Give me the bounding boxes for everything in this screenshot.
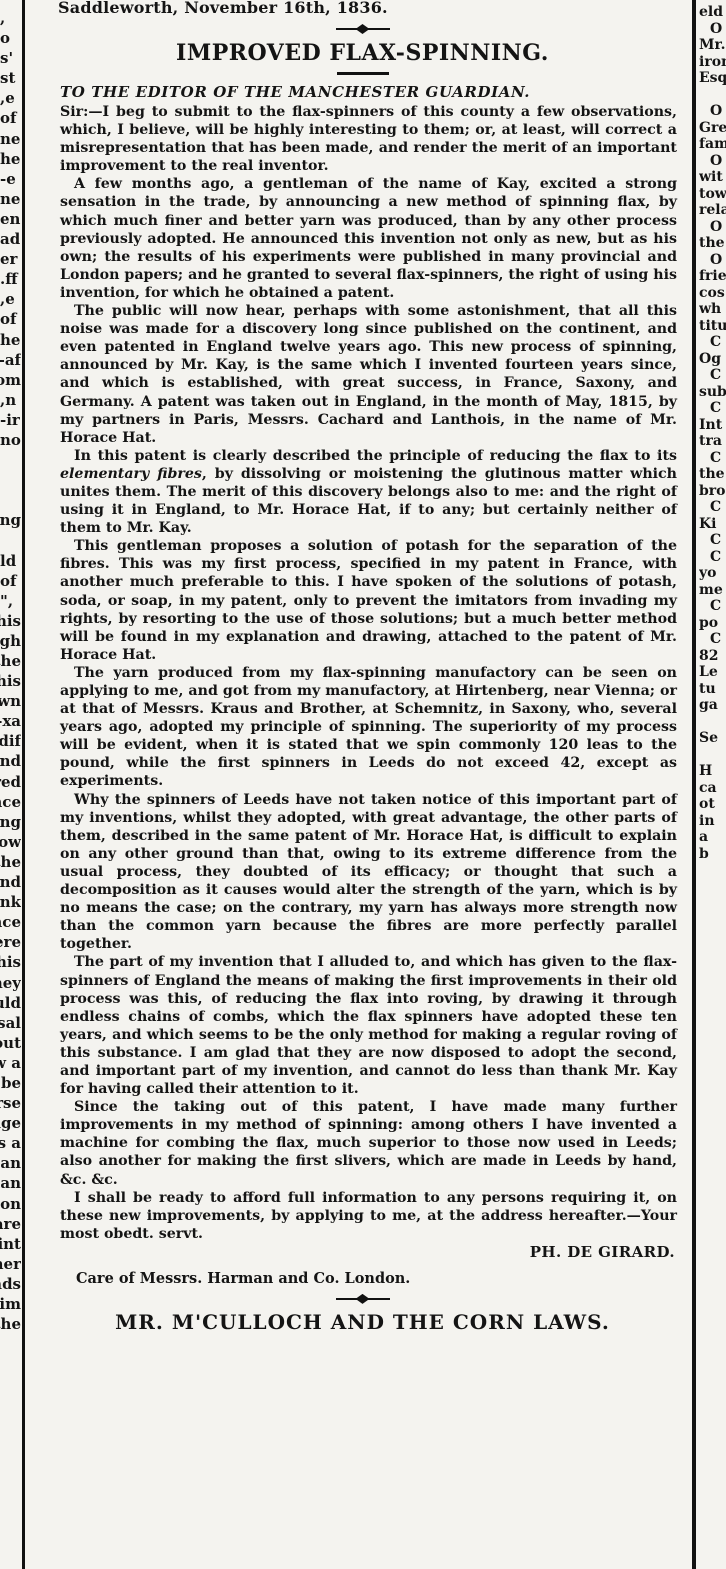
- left-fragment-line: e,: [0, 88, 21, 108]
- right-fragment-line: Gre: [699, 120, 726, 137]
- left-fragment-line: im.": [0, 1294, 21, 1314]
- paragraph-1: Sir:—I beg to submit to the flax-spinner…: [60, 103, 677, 175]
- right-fragment-line: [699, 87, 726, 104]
- left-fragment-line: osal: [0, 1013, 21, 1033]
- left-fragment-line: the: [0, 852, 21, 872]
- left-fragment-line: ow-: [0, 832, 21, 852]
- paragraph-6: The yarn produced from my flax-spinning …: [60, 664, 677, 791]
- paragraph-2: A few months ago, a gentleman of the nam…: [60, 175, 677, 302]
- right-fragment-line: ga: [699, 697, 726, 714]
- left-fragment-line: no: [0, 430, 21, 450]
- left-fragment-line: of: [0, 571, 21, 591]
- right-fragment-line: tu: [699, 681, 726, 698]
- right-fragment-line: Esq.: [699, 70, 726, 87]
- right-fragment-line: Ki: [699, 516, 726, 533]
- left-fragment-line: [0, 470, 21, 490]
- right-fragment-line: ca: [699, 780, 726, 797]
- left-fragment-line: 's: [0, 48, 21, 68]
- left-fragment-line: his: [0, 611, 21, 631]
- left-fragment-line: ould: [0, 993, 21, 1013]
- right-fragment-line: eld: [699, 4, 726, 21]
- left-column-fragments: ,o'sste,ofnehee-neenaderff.e,ofheaf-omn,…: [0, 0, 21, 1569]
- right-fragment-line: yo: [699, 565, 726, 582]
- left-fragment-line: ink: [0, 892, 21, 912]
- letter-signature: PH. DE GIRARD.: [40, 1243, 685, 1261]
- left-fragment-line: is a: [0, 1133, 21, 1153]
- left-fragment-line: n,: [0, 390, 21, 410]
- right-fragment-line: cos: [699, 285, 726, 302]
- right-fragment-line: Se: [699, 730, 726, 747]
- left-fragment-line: nce,: [0, 792, 21, 812]
- left-fragment-line: oner,: [0, 1254, 21, 1274]
- left-fragment-line: ands: [0, 1274, 21, 1294]
- short-rule-icon: [337, 72, 389, 75]
- left-fragment-line: he: [0, 149, 21, 169]
- left-fragment-line: o: [0, 28, 21, 48]
- left-fragment-line: hey: [0, 973, 21, 993]
- left-fragment-line: ne: [0, 189, 21, 209]
- left-fragment-line: oint-: [0, 1234, 21, 1254]
- letter-address: Care of Messrs. Harman and Co. London.: [40, 1270, 685, 1287]
- right-fragment-line: titu: [699, 318, 726, 335]
- right-fragment-line: po: [699, 615, 726, 632]
- right-fragment-line: C: [699, 450, 726, 467]
- left-fragment-line: wn: [0, 691, 21, 711]
- right-fragment-line: O: [699, 153, 726, 170]
- right-fragment-line: Int: [699, 417, 726, 434]
- right-fragment-line: [699, 747, 726, 764]
- left-fragment-line: e,: [0, 289, 21, 309]
- left-fragment-line: ir-: [0, 410, 21, 430]
- paragraph-10: I shall be ready to afford full informat…: [60, 1189, 677, 1243]
- previous-article-dateline: Saddleworth, November 16th, 1836.: [40, 0, 685, 17]
- article-body: Sir:—I beg to submit to the flax-spinner…: [40, 103, 685, 1243]
- left-fragment-line: w a: [0, 1053, 21, 1073]
- left-fragment-line: ,: [0, 8, 21, 28]
- left-fragment-line: [0, 450, 21, 470]
- right-fragment-line: O: [699, 219, 726, 236]
- right-fragment-line: wh: [699, 301, 726, 318]
- left-fragment-line: out: [0, 1033, 21, 1053]
- left-fragment-line: d be: [0, 1073, 21, 1093]
- right-fragment-line: tow: [699, 186, 726, 203]
- left-fragment-line: om: [0, 370, 21, 390]
- left-fragment-line: er: [0, 249, 21, 269]
- right-fragment-line: C: [699, 499, 726, 516]
- right-fragment-line: C: [699, 400, 726, 417]
- left-fragment-line: y are: [0, 1214, 21, 1234]
- article-column: Saddleworth, November 16th, 1836. IMPROV…: [40, 0, 685, 1334]
- left-fragment-line: of: [0, 108, 21, 128]
- left-fragment-line: and: [0, 872, 21, 892]
- column-rule-left: [22, 0, 25, 1569]
- right-fragment-line: [699, 714, 726, 731]
- right-fragment-line: Le: [699, 664, 726, 681]
- right-fragment-line: rela: [699, 202, 726, 219]
- left-fragment-line: he: [0, 330, 21, 350]
- right-fragment-line: C: [699, 549, 726, 566]
- left-fragment-line: arse;: [0, 1093, 21, 1113]
- right-fragment-line: Og: [699, 351, 726, 368]
- left-fragment-line: gh-: [0, 631, 21, 651]
- left-fragment-line: nd,: [0, 751, 21, 771]
- article-headline: IMPROVED FLAX-SPINNING.: [40, 40, 685, 66]
- left-fragment-line: this: [0, 952, 21, 972]
- left-fragment-line: ad: [0, 229, 21, 249]
- next-article-headline: MR. M'CULLOCH AND THE CORN LAWS.: [40, 1310, 685, 1334]
- left-fragment-line: ne: [0, 129, 21, 149]
- diamond-rule-ornament-icon: [336, 24, 390, 34]
- left-fragment-line: ,": [0, 591, 21, 611]
- right-fragment-line: frie: [699, 268, 726, 285]
- left-fragment-line: ff.: [0, 269, 21, 289]
- right-fragment-line: O: [699, 252, 726, 269]
- left-fragment-line: nce: [0, 912, 21, 932]
- left-fragment-line: e-: [0, 169, 21, 189]
- right-fragment-line: O: [699, 103, 726, 120]
- left-fragment-line: ld: [0, 551, 21, 571]
- diamond-rule-ornament-icon: [336, 1294, 390, 1304]
- right-fragment-line: C: [699, 598, 726, 615]
- left-fragment-line: tion,: [0, 1194, 21, 1214]
- right-fragment-line: 82: [699, 648, 726, 665]
- left-fragment-line: en: [0, 209, 21, 229]
- left-fragment-line: [0, 530, 21, 550]
- left-fragment-line: red: [0, 772, 21, 792]
- paragraph-3: The public will now hear, perhaps with s…: [60, 302, 677, 447]
- right-fragment-line: iron: [699, 54, 726, 71]
- left-fragment-line: idge: [0, 1113, 21, 1133]
- left-fragment-line: were: [0, 932, 21, 952]
- right-fragment-line: C: [699, 532, 726, 549]
- right-fragment-line: wit: [699, 169, 726, 186]
- left-fragment-line: t the: [0, 1314, 21, 1334]
- paragraph-8: The part of my invention that I alluded …: [60, 953, 677, 1098]
- right-fragment-line: tra: [699, 433, 726, 450]
- left-fragment-line: xa-: [0, 711, 21, 731]
- left-fragment-line: ng: [0, 510, 21, 530]
- left-fragment-line: of: [0, 309, 21, 329]
- right-fragment-line: sub: [699, 384, 726, 401]
- right-fragment-line: Mr.: [699, 37, 726, 54]
- left-fragment-line: dif-: [0, 731, 21, 751]
- left-fragment-line: ing: [0, 812, 21, 832]
- editor-salutation: TO THE EDITOR OF THE MANCHESTER GUARDIAN…: [40, 83, 685, 101]
- right-fragment-line: H: [699, 763, 726, 780]
- left-fragment-line: man: [0, 1173, 21, 1193]
- right-fragment-line: C: [699, 367, 726, 384]
- right-fragment-line: the: [699, 466, 726, 483]
- right-fragment-line: O: [699, 21, 726, 38]
- left-fragment-line: can: [0, 1153, 21, 1173]
- right-column-fragments: eldOMr.ironEsq. OGrefamOwittowrelaOtheOf…: [699, 0, 726, 1569]
- right-fragment-line: b: [699, 846, 726, 863]
- left-fragment-line: af-: [0, 350, 21, 370]
- right-fragment-line: C: [699, 334, 726, 351]
- right-fragment-line: the: [699, 235, 726, 252]
- left-fragment-line: st: [0, 68, 21, 88]
- right-fragment-line: ot: [699, 796, 726, 813]
- right-fragment-line: in: [699, 813, 726, 830]
- left-fragment-line: his: [0, 671, 21, 691]
- newspaper-page: ,o'sste,ofnehee-neenaderff.e,ofheaf-omn,…: [0, 0, 726, 1569]
- italic-emphasis: elementary fibres: [60, 466, 202, 482]
- right-fragment-line: bro: [699, 483, 726, 500]
- paragraph-5: This gentleman proposes a solution of po…: [60, 537, 677, 664]
- right-fragment-line: me: [699, 582, 726, 599]
- right-fragment-line: fam: [699, 136, 726, 153]
- right-fragment-line: a: [699, 829, 726, 846]
- paragraph-9: Since the taking out of this patent, I h…: [60, 1098, 677, 1188]
- column-rule-right: [692, 0, 696, 1569]
- left-fragment-line: the: [0, 651, 21, 671]
- paragraph-7: Why the spinners of Leeds have not taken…: [60, 791, 677, 954]
- left-fragment-line: [0, 490, 21, 510]
- paragraph-4: In this patent is clearly described the …: [60, 447, 677, 537]
- right-fragment-line: C: [699, 631, 726, 648]
